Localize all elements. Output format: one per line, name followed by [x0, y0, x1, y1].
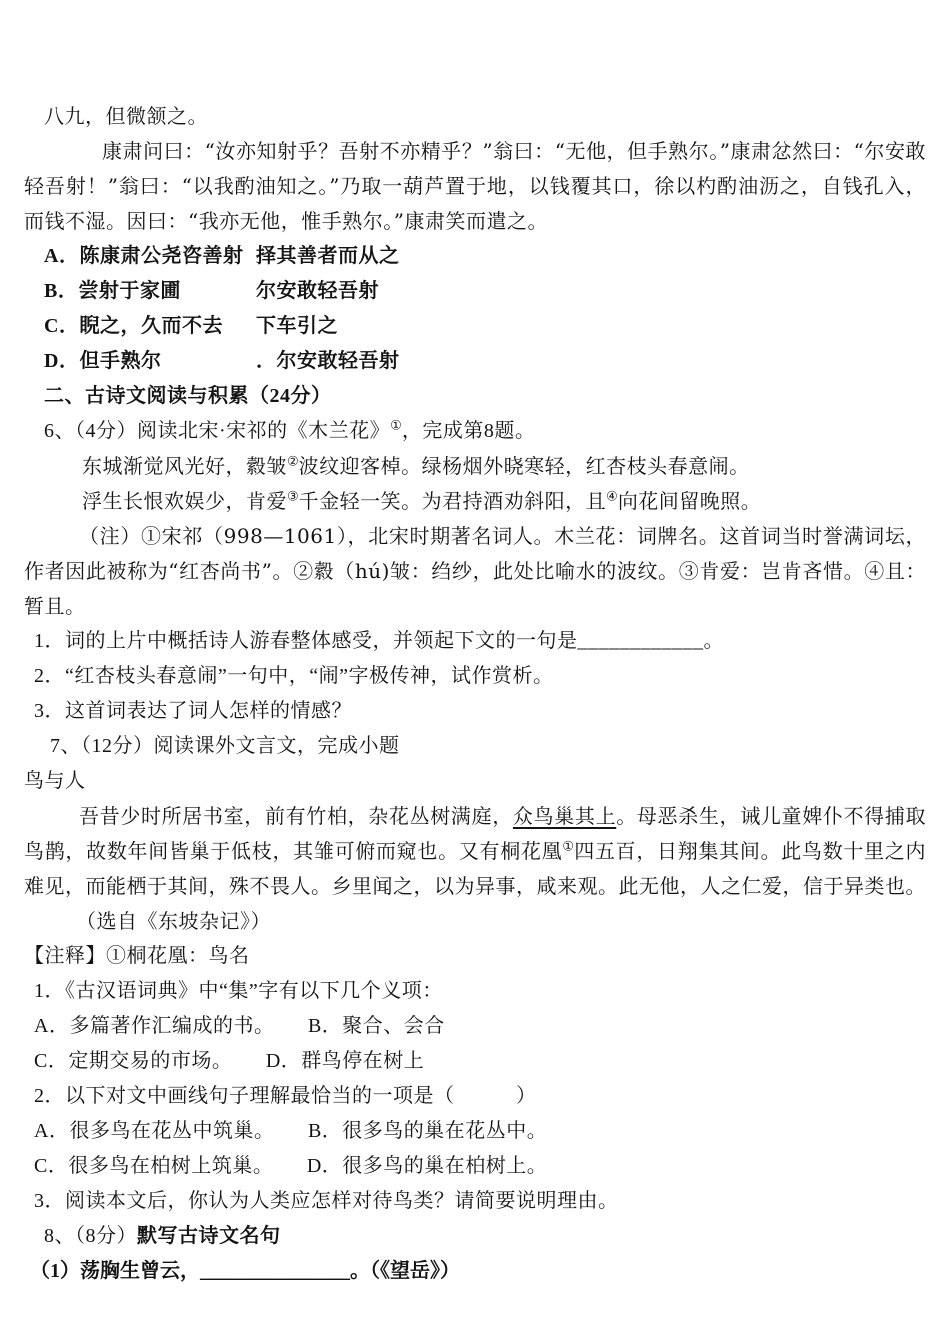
- sub1-options-row2: C．定期交易的市场。 D．群鸟停在树上: [24, 1044, 926, 1079]
- poem-line-1: 东城渐觉风光好，縠皱②波纹迎客棹。绿杨烟外晓寒轻，红杏枝头春意闹。: [24, 449, 926, 484]
- question6-sub2: 2．“红杏枝头春意闹”一句中，“闹”字极传神，试作赏析。: [24, 659, 926, 694]
- question6-heading: 6、（4分）阅读北宋·宋祁的《木兰花》①，完成第8题。: [24, 414, 926, 449]
- exam-page: 八九，但微颔之。 康肃问曰：“汝亦知射乎？吾射不亦精乎？”翁曰：“无他，但手熟尔…: [0, 0, 950, 1344]
- passage-source: （选自《东坡杂记》）: [24, 904, 926, 939]
- question7-heading: 7、（12分）阅读课外文言文，完成小题: [24, 729, 926, 764]
- match-option-row-c: C．睨之，久而不去 下车引之: [24, 309, 926, 344]
- question8-block: 8、（8分）默写古诗文名句 （1）荡胸生曾云，_______________。（…: [24, 1219, 926, 1289]
- poem-note: （注）①宋祁（998—1061），北宋时期著名词人。木兰花：词牌名。这首词当时誉…: [24, 519, 926, 624]
- match-option-c-left: C．睨之，久而不去: [44, 309, 256, 344]
- match-option-b-left: B．尝射于家圃: [44, 274, 256, 309]
- passage-title: 鸟与人: [24, 764, 926, 799]
- match-option-b-right: 尔安敢轻吾射: [256, 274, 379, 309]
- question7-block: 7、（12分）阅读课外文言文，完成小题 鸟与人 吾昔少时所居书室，前有竹柏，杂花…: [24, 729, 926, 1219]
- question7-sub1-stem: 1．《古汉语词典》中“集”字有以下几个义项：: [24, 974, 926, 1009]
- sub2-options-row1: A．很多鸟在花丛中筑巢。 B．很多鸟的巢在花丛中。: [24, 1114, 926, 1149]
- match-option-a-right: 择其善者而从之: [256, 239, 400, 274]
- match-option-c-right: 下车引之: [256, 309, 338, 344]
- sub1-options-row1: A．多篇著作汇编成的书。 B．聚合、会合: [24, 1009, 926, 1044]
- question8-number: 8、（8分）: [44, 1225, 137, 1247]
- match-option-row-b: B．尝射于家圃 尔安敢轻吾射: [24, 274, 926, 309]
- question7-sub2-stem: 2．以下对文中画线句子理解最恰当的一项是（ ）: [24, 1079, 926, 1114]
- sub2-option-a: A．很多鸟在花丛中筑巢。: [34, 1114, 274, 1149]
- section2-heading: 二、古诗文阅读与积累（24分）: [24, 379, 926, 414]
- oil-seller-paragraph: 康肃问曰：“汝亦知射乎？吾射不亦精乎？”翁曰：“无他，但手熟尔。”康肃忿然曰：“…: [24, 134, 926, 239]
- poem-line-2: 浮生长恨欢娱少，肯爱③千金轻一笑。为君持酒劝斜阳，且④向花间留晚照。: [24, 484, 926, 519]
- match-option-row-a: A．陈康肃公尧咨善射 择其善者而从之: [24, 239, 926, 274]
- question6-block: 6、（4分）阅读北宋·宋祁的《木兰花》①，完成第8题。 东城渐觉风光好，縠皱②波…: [24, 414, 926, 729]
- match-option-row-d: D．但手熟尔 ．尔安敢轻吾射: [24, 344, 926, 379]
- sub1-option-b: B．聚合、会合: [308, 1015, 445, 1037]
- sub2-option-c: C．很多鸟在柏树上筑巢。: [34, 1149, 273, 1184]
- match-options-list: A．陈康肃公尧咨善射 择其善者而从之 B．尝射于家圃 尔安敢轻吾射 C．睨之，久…: [24, 239, 926, 379]
- question6-sub1: 1．词的上片中概括诗人游春整体感受，并领起下文的一句是____________。: [24, 624, 926, 659]
- sub1-option-c: C．定期交易的市场。: [34, 1044, 232, 1079]
- sub1-option-a: A．多篇著作汇编成的书。: [34, 1009, 274, 1044]
- sub2-option-b: B．很多鸟的巢在花丛中。: [308, 1120, 547, 1142]
- match-option-a-left: A．陈康肃公尧咨善射: [44, 239, 256, 274]
- dictation-line-1: （1）荡胸生曾云，_______________。（《望岳》）: [24, 1254, 926, 1289]
- sub1-option-d: D．群鸟停在树上: [266, 1050, 424, 1072]
- match-option-d-left: D．但手熟尔: [44, 344, 256, 379]
- match-option-d-right: ．尔安敢轻吾射: [256, 344, 400, 379]
- birds-passage: 吾昔少时所居书室，前有竹柏，杂花丛树满庭，众鸟巢其上。母恶杀生，诫儿童婢仆不得捕…: [24, 799, 926, 904]
- passage-note: 【注释】①桐花凰：鸟名: [24, 939, 926, 974]
- passage-tail-line: 八九，但微颔之。: [24, 99, 926, 134]
- question8-heading: 8、（8分）默写古诗文名句: [24, 1219, 926, 1254]
- sub2-option-d: D．很多鸟的巢在柏树上。: [307, 1155, 547, 1177]
- question7-sub3: 3．阅读本文后，你认为人类应怎样对待鸟类？请简要说明理由。: [24, 1184, 926, 1219]
- question8-title: 默写古诗文名句: [137, 1225, 281, 1247]
- sub2-options-row2: C．很多鸟在柏树上筑巢。 D．很多鸟的巢在柏树上。: [24, 1149, 926, 1184]
- question6-sub3: 3．这首词表达了词人怎样的情感？: [24, 694, 926, 729]
